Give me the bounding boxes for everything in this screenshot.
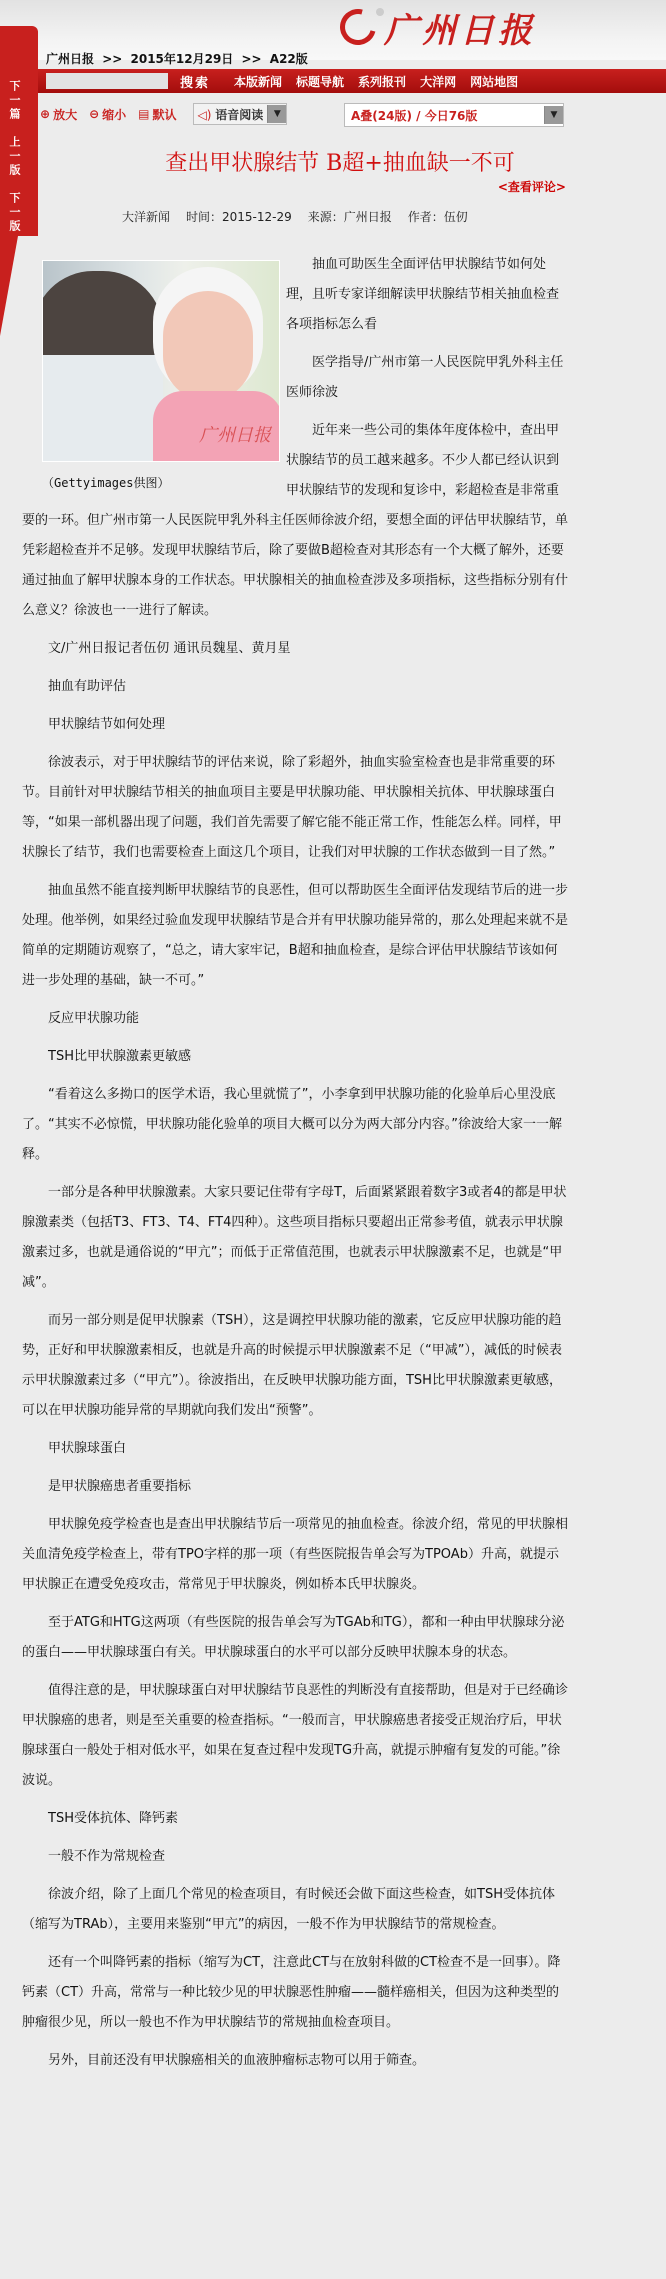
paragraph: 甲状腺免疫学检查也是查出甲状腺结节后一项常见的抽血检查。徐波介绍，常见的甲状腺相… — [22, 1510, 568, 1600]
search-input[interactable] — [46, 73, 168, 89]
subheading: 反应甲状腺功能 — [22, 1004, 568, 1034]
zoom-out-icon: ⊖ — [89, 107, 99, 121]
meta-time: 时间：2015-12-29 — [186, 208, 292, 225]
article-body: 广州日报 （Gettyimages供图） 抽血可助医生全面评估甲状腺结节如何处理… — [22, 250, 568, 2084]
subheading: TSH受体抗体、降钙素 — [22, 1804, 568, 1834]
meta-author: 作者：伍仞 — [408, 208, 468, 225]
breadcrumb-item[interactable]: 广州日报 — [46, 52, 94, 66]
breadcrumb-item[interactable]: A22版 — [270, 52, 308, 66]
paragraph: “看着这么多拗口的医学术语，我心里就慌了”，小李拿到甲状腺功能的化验单后心里没底… — [22, 1080, 568, 1170]
voice-read-value: ◁) 语音阅读 — [194, 106, 268, 123]
paragraph: 值得注意的是，甲状腺球蛋白对甲状腺结节良恶性的判断没有直接帮助，但是对于已经确诊… — [22, 1676, 568, 1796]
chevron-down-icon[interactable]: ▼ — [267, 105, 286, 123]
article-meta: 大洋新闻 时间：2015-12-29 来源：广州日报 作者：伍仞 — [122, 208, 468, 225]
site-logo[interactable]: 广州日报 — [340, 4, 536, 50]
meta-source: 来源：广州日报 — [308, 208, 392, 225]
voice-read-select[interactable]: ◁) 语音阅读 ▼ — [193, 103, 288, 125]
chevron-down-icon[interactable]: ▼ — [544, 106, 563, 124]
logo-dot-icon — [376, 8, 384, 16]
zoom-out-button[interactable]: ⊖ 缩小 — [89, 106, 126, 123]
subheading: TSH比甲状腺激素更敏感 — [22, 1042, 568, 1072]
nav-link-page-news[interactable]: 本版新闻 — [234, 73, 282, 90]
zoom-out-label: 缩小 — [102, 106, 126, 123]
photo-patient — [163, 291, 253, 401]
breadcrumb-separator: >> — [102, 52, 122, 66]
breadcrumb-separator: >> — [242, 52, 262, 66]
edition-select-value: A叠(24版) / 今日76版 — [345, 107, 477, 124]
subheading: 甲状腺球蛋白 — [22, 1434, 568, 1464]
article-photo[interactable]: 广州日报 — [42, 260, 280, 462]
subheading: 抽血有助评估 — [22, 672, 568, 702]
article-figure: 广州日报 （Gettyimages供图） — [42, 260, 272, 498]
speaker-icon: ◁) — [198, 108, 212, 122]
paragraph: 一部分是各种甲状腺激素。大家只要记住带有字母T，后面紧紧跟着数字3或者4的都是甲… — [22, 1178, 568, 1298]
zoom-in-label: 放大 — [53, 106, 77, 123]
nav-link-series[interactable]: 系列报刊 — [358, 73, 406, 90]
byline: 文/广州日报记者伍仞 通讯员魏星、黄月星 — [22, 634, 568, 664]
default-size-button[interactable]: ▤ 默认 — [138, 106, 176, 123]
nav-link-headline-nav[interactable]: 标题导航 — [296, 73, 344, 90]
side-nav: 下一篇 上一版 下一版 — [0, 80, 28, 248]
zoom-in-button[interactable]: ⊕ 放大 — [40, 106, 77, 123]
paragraph: 另外，目前还没有甲状腺癌相关的血液肿瘤标志物可以用于筛查。 — [22, 2046, 568, 2076]
subheading: 是甲状腺癌患者重要指标 — [22, 1472, 568, 1502]
paragraph: 徐波表示，对于甲状腺结节的评估来说，除了彩超外，抽血实验室检查也是非常重要的环节… — [22, 748, 568, 868]
nav-link-dayoo[interactable]: 大洋网 — [420, 73, 456, 90]
paragraph: 还有一个叫降钙素的指标（缩写为CT，注意此CT与在放射科做的CT检查不是一回事）… — [22, 1948, 568, 2038]
main-navbar: 搜索 本版新闻 标题导航 系列报刊 大洋网 网站地图 — [38, 69, 666, 93]
paragraph: 徐波介绍，除了上面几个常见的检查项目，有时候还会做下面这些检查，如TSH受体抗体… — [22, 1880, 568, 1940]
search-button[interactable]: 搜索 — [180, 72, 210, 91]
side-nav-next-page[interactable]: 下一版 — [7, 192, 21, 234]
paragraph: 至于ATG和HTG这两项（有些医院的报告单会写为TGAb和TG），都和一种由甲状… — [22, 1608, 568, 1668]
reading-toolbar: ⊕ 放大 ⊖ 缩小 ▤ 默认 ◁) 语音阅读 ▼ — [40, 102, 287, 126]
paragraph: 而另一部分则是促甲状腺素（TSH），这是调控甲状腺功能的激素，它反应甲状腺功能的… — [22, 1306, 568, 1426]
paragraph: 抽血虽然不能直接判断甲状腺结节的良恶性，但可以帮助医生全面评估发现结节后的进一步… — [22, 876, 568, 996]
zoom-in-icon: ⊕ — [40, 107, 50, 121]
document-icon: ▤ — [138, 107, 149, 121]
view-comments-link[interactable]: <查看评论> — [498, 178, 566, 195]
side-ribbon-tail — [0, 236, 18, 336]
photo-caption: （Gettyimages供图） — [42, 468, 272, 498]
subheading: 一般不作为常规检查 — [22, 1842, 568, 1872]
breadcrumb-item[interactable]: 2015年12月29日 — [131, 52, 234, 66]
side-nav-prev-page[interactable]: 上一版 — [7, 136, 21, 178]
meta-site: 大洋新闻 — [122, 208, 170, 225]
photo-doctor — [42, 271, 163, 462]
nav-link-sitemap[interactable]: 网站地图 — [470, 73, 518, 90]
nav-links: 本版新闻 标题导航 系列报刊 大洋网 网站地图 — [234, 73, 532, 90]
default-size-label: 默认 — [153, 106, 177, 123]
photo-watermark: 广州日报 — [199, 421, 271, 451]
side-nav-next-article[interactable]: 下一篇 — [7, 80, 21, 122]
breadcrumb: 广州日报 >> 2015年12月29日 >> A22版 — [46, 50, 312, 67]
edition-select[interactable]: A叠(24版) / 今日76版 ▼ — [344, 103, 564, 127]
article-title: 查出甲状腺结节 B超+抽血缺一不可 — [40, 146, 640, 177]
subheading: 甲状腺结节如何处理 — [22, 710, 568, 740]
logo-text: 广州日报 — [384, 3, 536, 52]
